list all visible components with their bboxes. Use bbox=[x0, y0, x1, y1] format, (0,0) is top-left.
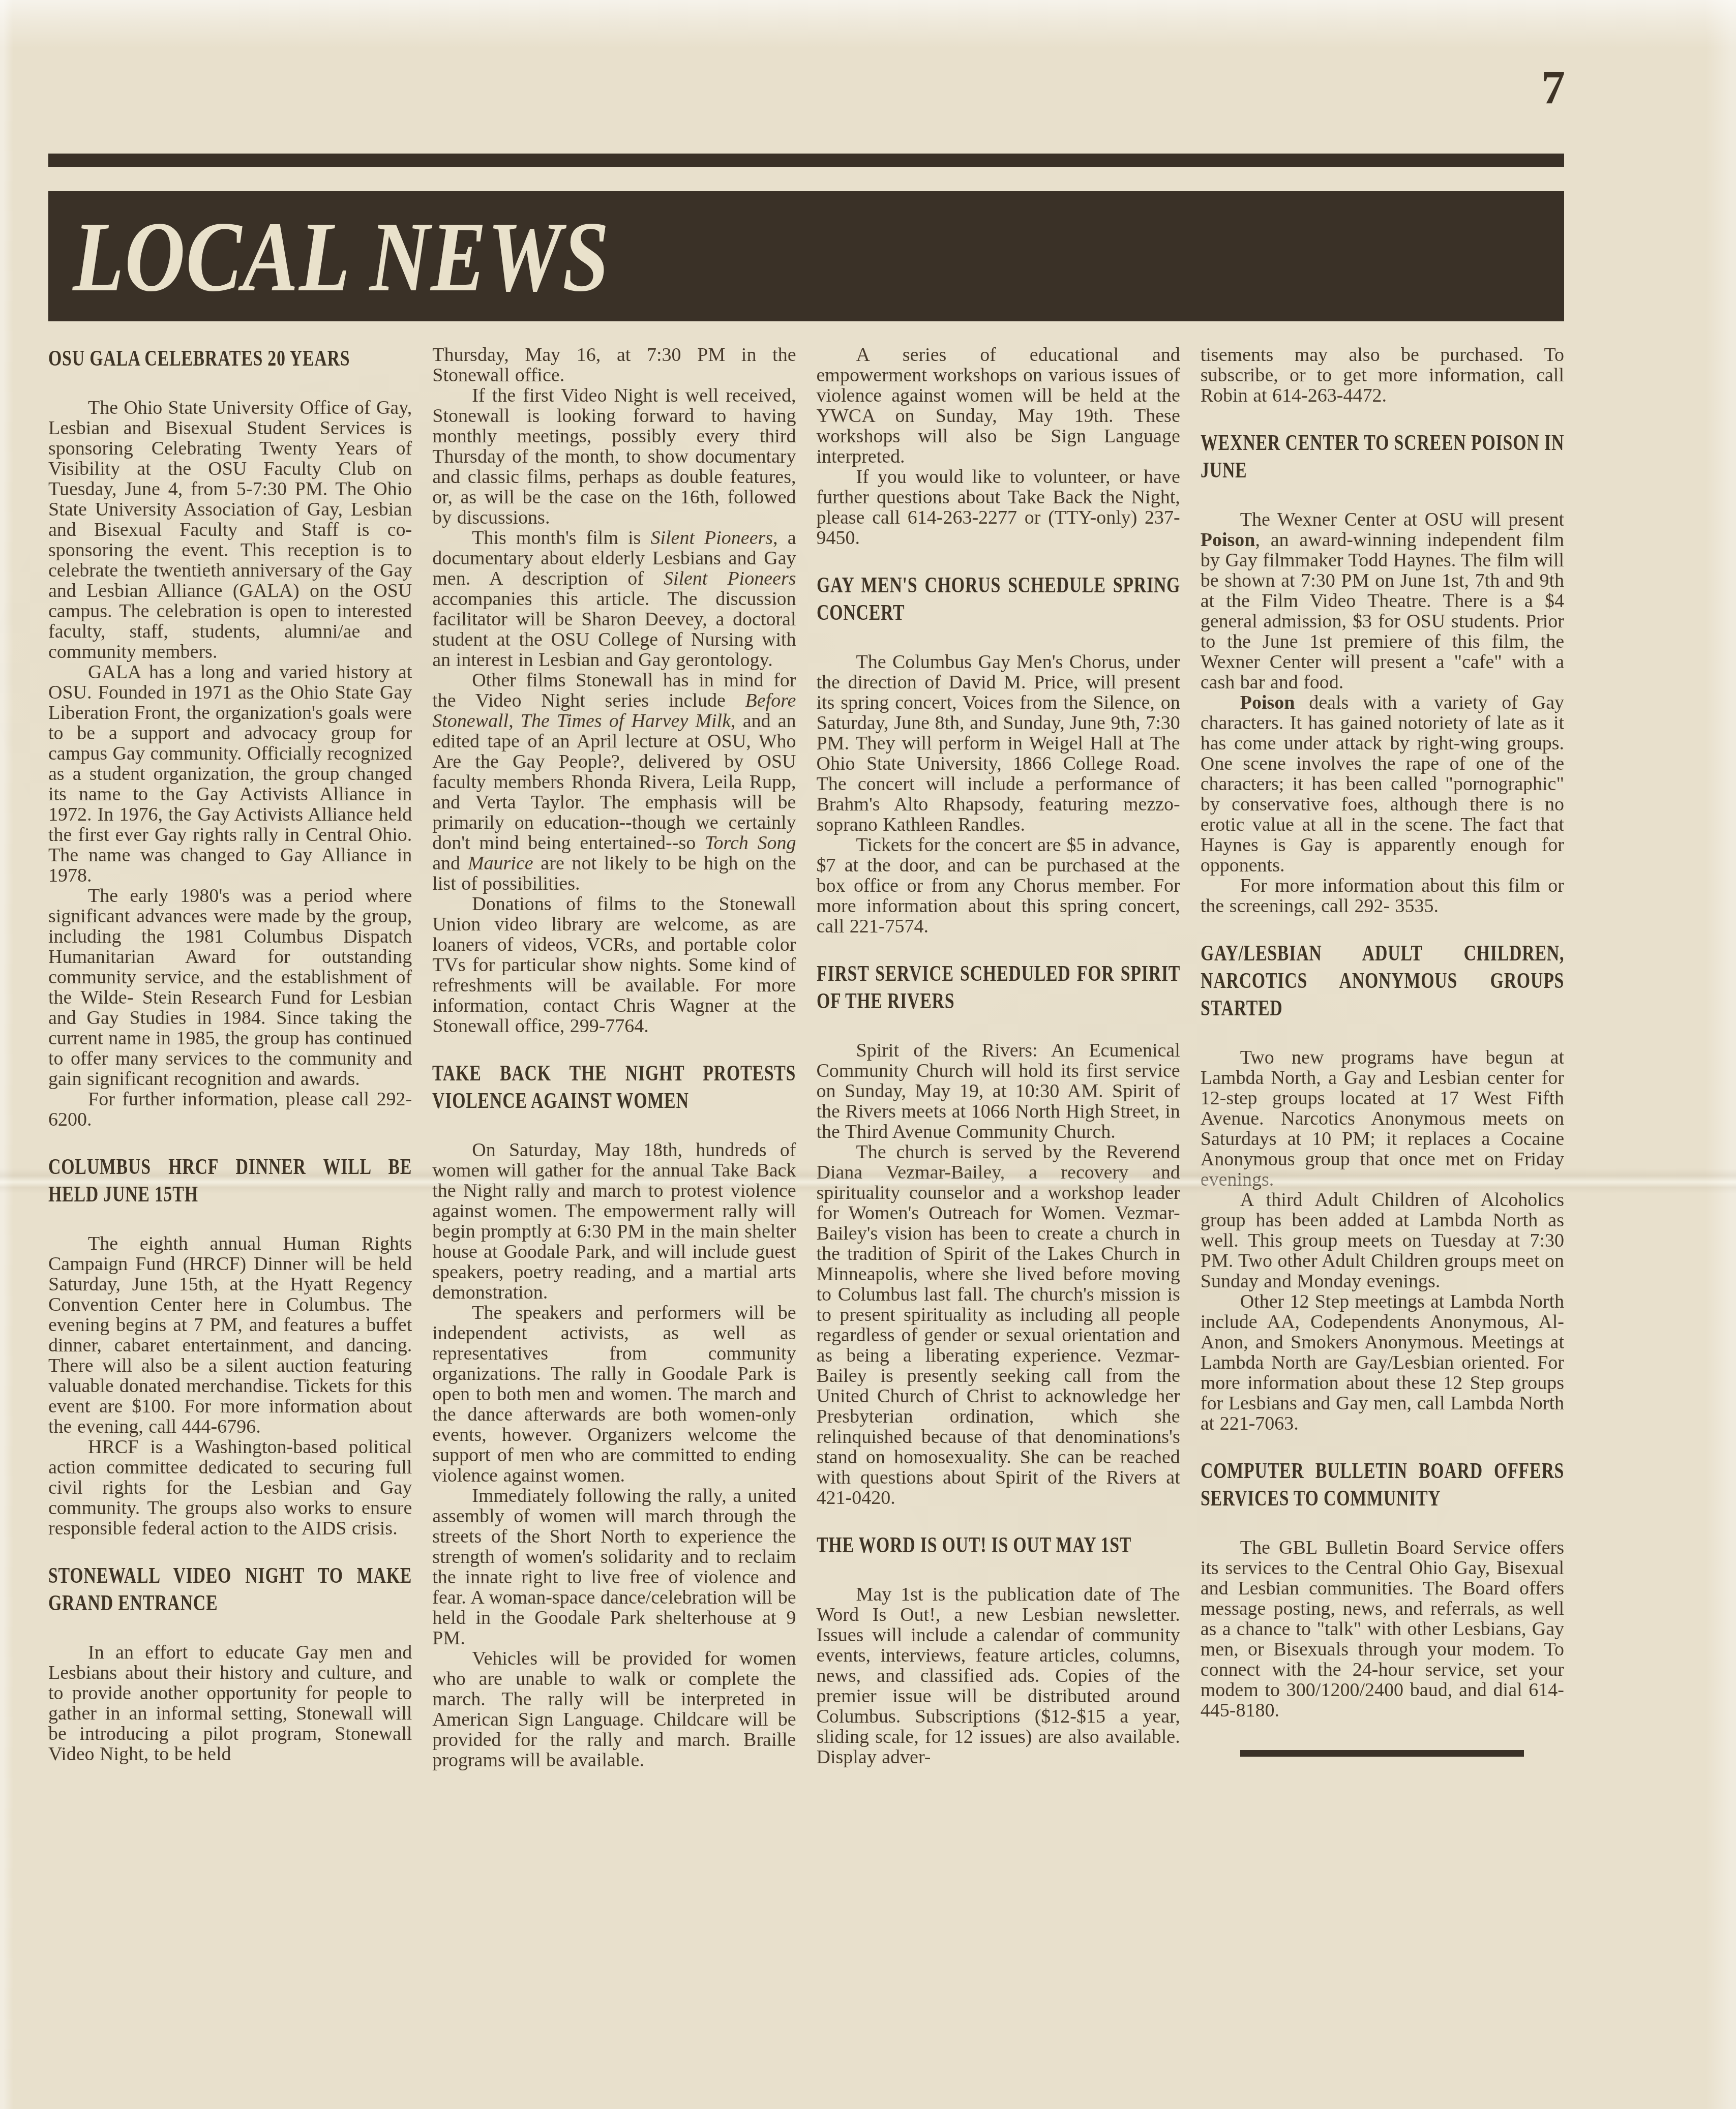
article-paragraph: Tickets for the concert are $5 in advanc… bbox=[817, 835, 1180, 937]
article-end-rule bbox=[1240, 1750, 1524, 1757]
article-paragraph: Poison deals with a variety of Gay chara… bbox=[1201, 692, 1564, 876]
article-paragraph: If you would like to volunteer, or have … bbox=[817, 467, 1180, 548]
article-paragraph-continuation: Thursday, May 16, at 7:30 PM in the Ston… bbox=[432, 345, 796, 385]
section-title: LOCAL NEWS bbox=[48, 199, 610, 314]
article-paragraph: The eighth annual Human Rights Campaign … bbox=[48, 1233, 412, 1437]
column-4: tisements may also be purchased. To subs… bbox=[1201, 345, 1564, 1757]
article-heading: FIRST SERVICE SCHEDULED FOR SPIRIT OF TH… bbox=[817, 960, 1180, 1015]
article-paragraph: Two new programs have begun at Lambda No… bbox=[1201, 1047, 1564, 1190]
article-paragraph-continuation: tisements may also be purchased. To subs… bbox=[1201, 345, 1564, 406]
article-paragraph: Vehicles will be provided for women who … bbox=[432, 1648, 796, 1770]
article-paragraph: GALA has a long and varied history at OS… bbox=[48, 662, 412, 886]
article-paragraph: Other films Stonewall has in mind for th… bbox=[432, 670, 796, 894]
article-paragraph: A third Adult Children of Alcoholics gro… bbox=[1201, 1190, 1564, 1291]
article-paragraph: A series of educational and empowerment … bbox=[817, 345, 1180, 467]
article-heading: OSU GALA CELEBRATES 20 YEARS bbox=[48, 345, 412, 372]
article-paragraph: The Columbus Gay Men's Chorus, under the… bbox=[817, 652, 1180, 835]
article-paragraph: The Wexner Center at OSU will present Po… bbox=[1201, 509, 1564, 692]
article-paragraph: If the first Video Night is well receive… bbox=[432, 385, 796, 528]
article-heading: GAY MEN'S CHORUS SCHEDULE SPRING CONCERT bbox=[817, 571, 1180, 626]
article-heading: GAY/LESBIAN ADULT CHILDREN, NARCOTICS AN… bbox=[1201, 940, 1564, 1022]
column-3: A series of educational and empowerment … bbox=[817, 345, 1180, 1767]
article-paragraph: The church is served by the Reverend Dia… bbox=[817, 1142, 1180, 1508]
article-heading: WEXNER CENTER TO SCREEN POISON IN JUNE bbox=[1201, 429, 1564, 484]
article-paragraph: For more information about this film or … bbox=[1201, 876, 1564, 916]
column-1: OSU GALA CELEBRATES 20 YEARS The Ohio St… bbox=[48, 345, 412, 1764]
article-heading: TAKE BACK THE NIGHT PROTESTS VIOLENCE AG… bbox=[432, 1060, 796, 1114]
page-number: 7 bbox=[1541, 60, 1565, 115]
newspaper-page: 7 LOCAL NEWS OSU GALA CELEBRATES 20 YEAR… bbox=[0, 0, 1736, 2109]
article-heading: STONEWALL VIDEO NIGHT TO MAKE GRAND ENTR… bbox=[48, 1562, 412, 1617]
article-paragraph: This month's film is Silent Pioneers, a … bbox=[432, 528, 796, 670]
article-paragraph: Other 12 Step meetings at Lambda North i… bbox=[1201, 1291, 1564, 1434]
article-paragraph: The Ohio State University Office of Gay,… bbox=[48, 398, 412, 662]
article-paragraph: Immediately following the rally, a unite… bbox=[432, 1486, 796, 1648]
article-paragraph: For further information, please call 292… bbox=[48, 1089, 412, 1130]
article-paragraph: May 1st is the publication date of The W… bbox=[817, 1584, 1180, 1767]
article-heading: THE WORD IS OUT! IS OUT MAY 1ST bbox=[817, 1531, 1180, 1559]
top-rule bbox=[48, 154, 1564, 167]
article-paragraph: In an effort to educate Gay men and Lesb… bbox=[48, 1642, 412, 1764]
column-2: Thursday, May 16, at 7:30 PM in the Ston… bbox=[432, 345, 796, 1770]
local-news-banner: LOCAL NEWS bbox=[48, 191, 1564, 321]
article-heading: COMPUTER BULLETIN BOARD OFFERS SERVICES … bbox=[1201, 1457, 1564, 1512]
article-paragraph: The speakers and performers will be inde… bbox=[432, 1303, 796, 1486]
article-paragraph: HRCF is a Washington-based political act… bbox=[48, 1437, 412, 1539]
article-paragraph: Spirit of the Rivers: An Ecumenical Comm… bbox=[817, 1040, 1180, 1142]
columns-container: OSU GALA CELEBRATES 20 YEARS The Ohio St… bbox=[48, 345, 1564, 1770]
article-heading: COLUMBUS HRCF DINNER WILL BE HELD JUNE 1… bbox=[48, 1153, 412, 1208]
article-paragraph: The early 1980's was a period where sign… bbox=[48, 886, 412, 1089]
article-paragraph: Donations of films to the Stonewall Unio… bbox=[432, 894, 796, 1036]
article-paragraph: The GBL Bulletin Board Service offers it… bbox=[1201, 1538, 1564, 1721]
article-paragraph: On Saturday, May 18th, hundreds of women… bbox=[432, 1140, 796, 1303]
